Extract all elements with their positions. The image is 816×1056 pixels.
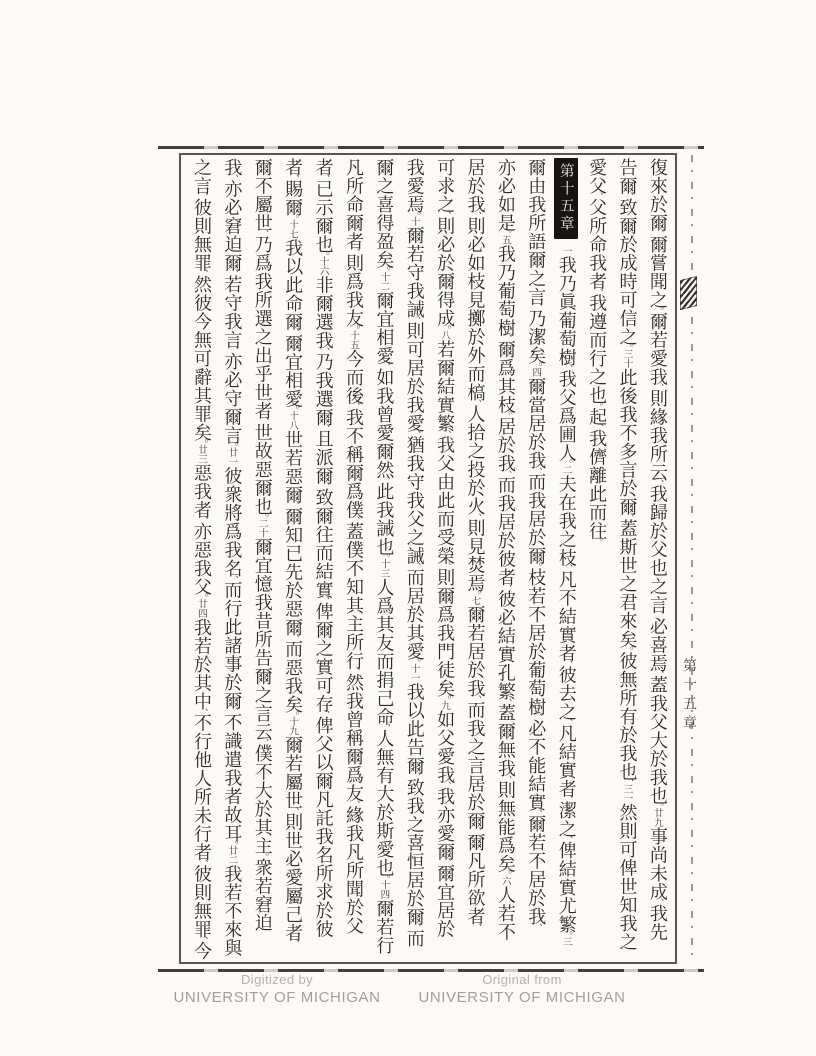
punctuation-mark: 、 [470,695,481,705]
punctuation-mark: 、 [348,667,359,677]
text-column: 可求之、則必於爾得成。八若爾結實繁、我父由此而受榮、則爾爲我門徒矣。九如父愛我、… [429,158,459,960]
punctuation-mark: 、 [196,936,207,946]
text-column: 者、已示爾也。十六非爾選我、乃我選爾、且派爾、致爾往而結實、俾爾之實可存、俾父以… [308,158,338,960]
punctuation-mark: 、 [652,479,663,489]
punctuation-mark: 、 [409,430,420,440]
text-area: 復來於爾、爾嘗聞之。爾若愛我、則緣我所云、我歸於父也之言、必喜焉、蓋我父大於我也… [186,158,672,960]
punctuation-mark: 、 [470,827,481,837]
footer-original-line2: UNIVERSITY OF MICHIGAN [400,988,644,1007]
punctuation-mark: 、 [530,923,541,933]
verse-number: 十三 [378,559,389,578]
punctuation-mark: 、 [530,809,541,819]
punctuation-mark: 、 [439,781,450,791]
punctuation-mark: 、 [196,516,207,526]
text-column: 者、賜爾。十七我以此命爾、爾宜相愛。十八世若惡爾、爾知已先於惡爾、而惡我矣。十九… [277,158,307,960]
punctuation-mark: 、 [652,670,663,680]
text-column: 爾由我所語爾之言、乃潔矣。四爾當居於我、而我居於爾。枝若不居於葡萄樹、必不能結實… [520,158,550,960]
verse-number: 廿九 [652,808,663,827]
punctuation-mark: 、 [287,328,298,338]
punctuation-mark: 。 [500,411,511,421]
punctuation-mark: 、 [470,923,481,933]
punctuation-mark: 、 [318,174,329,184]
punctuation-mark: 、 [318,424,329,434]
verse-number: 二十 [257,519,268,538]
punctuation-mark: 、 [287,174,298,184]
punctuation-mark: 、 [287,807,298,817]
punctuation-mark: 、 [561,364,572,374]
verse-number: 十四 [378,880,389,899]
punctuation-mark: 、 [226,575,237,585]
punctuation-mark: 、 [591,288,602,298]
punctuation-mark: 、 [196,708,207,718]
verse-number: 四 [530,368,541,378]
punctuation-mark: 、 [561,795,572,805]
punctuation-mark: 、 [439,211,450,221]
verse-number: 三 [561,937,572,947]
punctuation-mark: 、 [652,383,663,393]
punctuation-mark: 、 [409,772,420,782]
verse-number: 廿三 [196,445,207,464]
verse-number: 十五 [348,331,359,350]
chapter-heading-box: 第十五章 [554,158,578,239]
punctuation-mark: 、 [561,835,572,845]
punctuation-mark: 、 [621,192,632,202]
punctuation-mark: 、 [470,399,481,409]
punctuation-mark: 、 [409,316,420,326]
verse-number: 八 [439,331,450,341]
spine-chapter-label: 第十五章 [679,658,699,734]
text-column: 告爾、致爾於成時可信之。三十此後我不多言於爾、蓋斯世之君來矣。彼無所有於我也、三… [611,158,641,960]
verse-number: 廿一 [226,448,237,467]
footer-digitized-line1: Digitized by [155,972,399,988]
punctuation-mark: 、 [257,738,268,748]
footer-original-line1: Original from [400,972,644,988]
punctuation-mark: 、 [226,346,237,356]
punctuation-mark: 。 [257,852,268,862]
punctuation-mark: 、 [409,562,420,572]
punctuation-mark: 、 [378,723,389,733]
punctuation-mark: 、 [196,192,207,202]
punctuation-mark: 、 [621,513,632,523]
verse-number: 三十 [621,349,632,368]
punctuation-mark: 、 [378,362,389,372]
punctuation-mark: 、 [226,174,237,184]
punctuation-mark: 、 [591,423,602,433]
verse-number: 十八 [287,411,298,430]
verse-number: 十六 [318,257,329,276]
punctuation-mark: 、 [500,775,511,785]
text-column: 我、亦必窘迫爾、若守我言、亦必守爾言。廿一彼衆將爲我名、而行此諸事於爾、不識遣我… [216,158,246,960]
top-printed-rule [158,146,704,149]
punctuation-mark: 、 [318,347,329,357]
verse-number: 一 [561,246,572,256]
text-column: 復來於爾、爾嘗聞之。爾若愛我、則緣我所云、我歸於父也之言、必喜焉、蓋我父大於我也… [642,158,672,960]
punctuation-mark: 、 [226,707,237,717]
punctuation-mark: 、 [318,482,329,492]
verse-number: 廿二 [226,846,237,865]
scanned-book-page: { "page": { "spine_label": "第十五章", "foot… [0,0,816,1056]
verse-number: 七 [470,596,481,606]
punctuation-mark: 、 [226,269,237,279]
verse-number: 二 [561,465,572,475]
verse-number: 十二 [378,272,389,291]
punctuation-mark: 、 [652,898,663,908]
spine-fishtail-icon [680,276,697,310]
verse-number: 五 [500,235,511,245]
punctuation-mark: 、 [257,229,268,239]
punctuation-mark: 、 [287,501,298,511]
text-column: 爾不屬世、乃爲我所選之出乎世者、世故惡爾也。二十爾宜憶我昔所告爾之言云、僕不大於… [247,158,277,960]
verse-number: 十 [409,217,420,227]
punctuation-mark: 、 [591,192,602,202]
verse-number: 十一 [409,664,420,683]
text-column: 爾之喜得盈矣。十二爾宜相愛、如我曾愛爾然、此我誡也。十三人爲其友而捐己命、人無有… [368,158,398,960]
punctuation-mark: 、 [318,596,329,606]
punctuation-mark: 、 [652,229,663,239]
punctuation-mark: 。 [591,537,602,547]
verse-number: 九 [439,701,450,711]
punctuation-mark: 、 [439,562,450,572]
punctuation-mark: 、 [470,513,481,523]
punctuation-mark: 、 [409,923,420,933]
verse-number: 六 [500,876,511,886]
text-column: 亦必如是。五我乃葡萄樹、爾爲其枝。居於我、而我居於彼者、彼必結實孔繁、蓋爾無我、… [490,158,520,960]
punctuation-mark: 、 [500,698,511,708]
text-column: 第十五章一我乃眞葡萄樹、我父爲圃人。二夫在我之枝、凡不結實者、彼去之、凡結實者、… [551,158,581,960]
text-column: 我愛焉。十爾若守我誡、則可居於我愛、猶我守我父之誡、而居於其愛。十一我以此告爾、… [399,158,429,960]
punctuation-mark: 、 [530,467,541,477]
verse-number: 三一 [621,784,632,803]
punctuation-mark: 、 [348,402,359,412]
punctuation-mark: 、 [530,303,541,313]
footer-digitized-line2: UNIVERSITY OF MICHIGAN [155,988,399,1007]
punctuation-mark: 。 [530,562,541,572]
text-column: 之言、彼則無罪、然彼今無可辭其罪矣。廿三惡我者、亦惡我父。廿四我若於其中、不行他… [186,158,216,960]
punctuation-mark: 、 [470,211,481,221]
punctuation-mark: 、 [500,470,511,480]
punctuation-mark: 、 [439,858,450,868]
punctuation-mark: 、 [439,430,450,440]
punctuation-mark: 、 [348,800,359,810]
punctuation-mark: 、 [500,584,511,594]
punctuation-mark: 、 [530,713,541,723]
punctuation-mark: 。 [591,402,602,412]
punctuation-mark: 、 [257,417,268,427]
punctuation-mark: 、 [348,248,359,258]
verse-number: 十九 [287,717,298,736]
punctuation-mark: 、 [561,660,572,670]
text-column: 居於我、則必如枝見擲於外而槁、人拾之投於火、則見焚焉。七爾若居於我、而我之言居於… [460,158,490,960]
punctuation-mark: 、 [287,634,298,644]
punctuation-mark: 。 [621,646,632,656]
punctuation-mark: 。 [652,306,663,316]
verse-number: 廿四 [196,599,207,618]
punctuation-mark: 、 [561,718,572,728]
text-column: 愛父、父所命我者、我遵而行之也。起、我儕離此而往。 [581,158,611,960]
punctuation-mark: 、 [378,476,389,486]
verse-number: 十七 [287,220,298,239]
punctuation-mark: 、 [561,564,572,574]
punctuation-mark: 、 [196,269,207,279]
punctuation-mark: 、 [652,611,663,621]
text-column: 凡所命爾者、則爲我友。十五今而後、我不稱爾爲僕、蓋僕不知其主所行、然我曾稱爾爲友… [338,158,368,960]
punctuation-mark: 、 [318,710,329,720]
punctuation-mark: 、 [500,334,511,344]
punctuation-mark: 、 [196,859,207,869]
footer-original: Original from UNIVERSITY OF MICHIGAN [400,972,644,1007]
footer-digitized: Digitized by UNIVERSITY OF MICHIGAN [155,972,399,1007]
punctuation-mark: 、 [287,939,298,949]
punctuation-mark: 、 [348,516,359,526]
